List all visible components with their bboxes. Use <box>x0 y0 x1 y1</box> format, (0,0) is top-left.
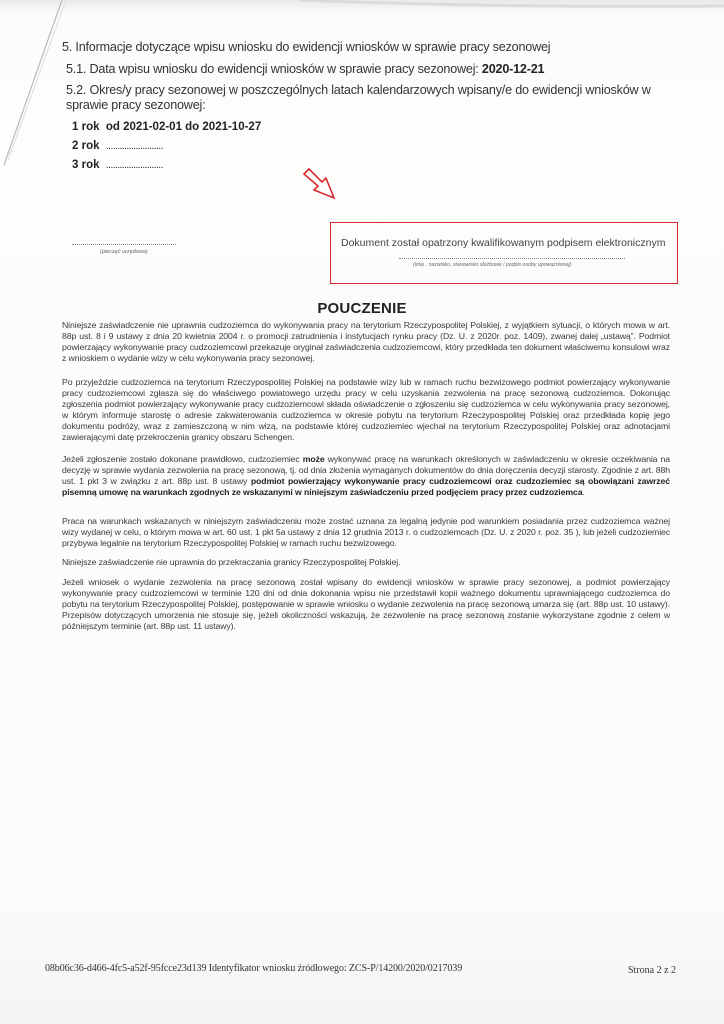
document-page: 5. Informacje dotyczące wpisu wniosku do… <box>0 0 724 1024</box>
year-period: ......................... <box>106 141 163 152</box>
text-run: Jeżeli zgłoszenie zostało dokonane prawi… <box>62 454 303 464</box>
instruction-paragraph: Praca na warunkach wskazanych w niniejsz… <box>62 516 670 549</box>
footer-document-id: 08b06c36-d466-4fc5-a52f-95fcce23d139 Ide… <box>45 963 462 974</box>
year-label: 1 rok <box>72 121 100 133</box>
year-row: 2 rok ......................... <box>72 140 163 152</box>
text-run: . <box>582 487 584 497</box>
instruction-paragraph: Jeżeli wniosek o wydanie zezwolenia na p… <box>62 577 670 632</box>
section-5-1: 5.1. Data wpisu wniosku do ewidencji wni… <box>66 62 544 76</box>
arrow-down-right-icon <box>300 166 340 202</box>
entry-date-value: 2020-12-21 <box>482 62 544 76</box>
instruction-paragraph: Niniejsze zaświadczenie nie uprawnia cud… <box>62 320 670 364</box>
signature-dotted-line <box>399 258 625 259</box>
signature-statement: Dokument został opatrzony kwalifikowanym… <box>341 237 665 249</box>
electronic-signature-box: Dokument został opatrzony kwalifikowanym… <box>330 222 678 284</box>
year-period: ......................... <box>106 160 163 171</box>
stamp-label: (pieczęć urzędowa) <box>100 249 148 255</box>
year-row: 1 rok od 2021-02-01 do 2021-10-27 <box>72 121 261 133</box>
instruction-paragraph: Niniejsze zaświadczenie nie uprawnia do … <box>62 557 670 568</box>
year-period: od 2021-02-01 do 2021-10-27 <box>106 121 261 133</box>
year-row: 3 rok ......................... <box>72 159 163 171</box>
section-5-heading: 5. Informacje dotyczące wpisu wniosku do… <box>62 40 550 54</box>
text-run-bold: może <box>303 454 325 464</box>
signature-subtitle: (imię , nazwisko, stanowisko służbowe / … <box>413 262 571 268</box>
year-label: 3 rok <box>72 159 100 171</box>
instruction-paragraph: Po przyjeździe cudzoziemca na terytorium… <box>62 377 670 443</box>
year-label: 2 rok <box>72 140 100 152</box>
stamp-dotted-line <box>72 244 176 245</box>
paper-fold-shadow <box>0 0 724 1024</box>
entry-date-label: 5.1. Data wpisu wniosku do ewidencji wni… <box>66 62 479 76</box>
section-5-2: 5.2. Okres/y pracy sezonowej w poszczegó… <box>66 83 686 113</box>
footer-page-number: Strona 2 z 2 <box>628 965 676 976</box>
instruction-paragraph: Jeżeli zgłoszenie zostało dokonane prawi… <box>62 454 670 498</box>
pouczenie-title: POUCZENIE <box>0 300 724 317</box>
